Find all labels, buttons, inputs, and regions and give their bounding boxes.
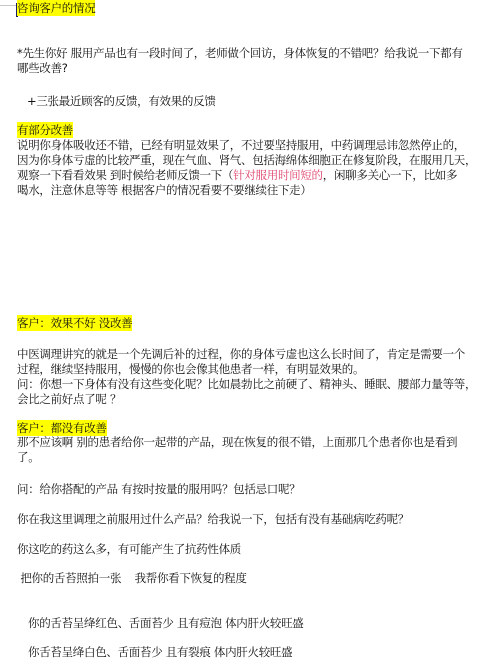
section-none-line-1: 那不应该啊 别的患者给你一起带的产品，现在恢复的很不错，上面那几个患者你也是看到 bbox=[17, 437, 457, 449]
title-highlight: 咨询客户的情况 bbox=[17, 0, 95, 16]
question-1: 问：给你搭配的产品 有按时按量的服用吗？包括忌口呢？ bbox=[17, 484, 300, 496]
section-poor-line-3: 问：你想一下身体有没有这些变化呢？比如晨勃比之前硬了、精神头、睡眠、腰部力量等等… bbox=[17, 379, 476, 391]
question-2: 你在我这里调理之前服用过什么产品？给我说一下，包括有没有基础病吃药呢？ bbox=[17, 514, 409, 526]
section-partial-line-3: 观察一下看看效果 到时候给老师反馈一下（针对服用时间短的，闲聊多关心一下，比如多 bbox=[17, 170, 457, 182]
section-partial-heading: 有部分改善 bbox=[17, 125, 73, 137]
heading-highlight: 客户：都没有改善 bbox=[17, 420, 107, 436]
ruler-mark bbox=[0, 5, 16, 6]
section-partial-line-1: 说明你身体吸收还不错，已经有明显效果了，不过要坚持服用，中药调理忌讳忽然停止的， bbox=[17, 140, 465, 152]
section-none-line-2: 了。 bbox=[17, 452, 39, 464]
note-1: 你这吃的药这么多，有可能产生了抗药性体质 bbox=[17, 544, 241, 556]
document-title: 咨询客户的情况 bbox=[17, 3, 95, 15]
intro-line-1: *先生你好 服用产品也有一段时间了，老师做个回访，身体恢复的不错吧？给我说一下都… bbox=[17, 48, 463, 60]
heading-highlight: 有部分改善 bbox=[17, 122, 73, 138]
heading-highlight: 客户：效果不好 没改善 bbox=[17, 315, 132, 331]
section-partial-line-4: 喝水，注意休息等等 根据客户的情况看要不要继续往下走） bbox=[17, 185, 312, 197]
section-poor-heading: 客户：效果不好 没改善 bbox=[17, 318, 132, 330]
section-poor-line-4: 会比之前好点了呢 ？ bbox=[17, 394, 121, 406]
red-emphasis-text: 针对服用时间短的 bbox=[233, 168, 323, 182]
tongue-description-2: 你舌苔呈绛白色、舌面苔少 且有裂痕 体内肝火较旺盛 bbox=[28, 647, 292, 659]
intro-line-2: 哪些改善? bbox=[17, 63, 68, 75]
document-page: 咨询客户的情况 *先生你好 服用产品也有一段时间了，老师做个回访，身体恢复的不错… bbox=[0, 0, 500, 670]
feedback-note: +三张最近顾客的反馈，有效果的反馈 bbox=[27, 96, 216, 108]
line-3-start: 观察一下看看效果 到时候给老师反馈一下（ bbox=[17, 168, 233, 182]
section-poor-line-1: 中医调理讲究的就是一个先调后补的过程，你的身体亏虚也这么长时间了，肯定是需要一个 bbox=[17, 349, 465, 361]
line-3-end: ，闲聊多关心一下，比如多 bbox=[323, 168, 457, 182]
section-none-heading: 客户：都没有改善 bbox=[17, 423, 107, 435]
section-partial-line-2: 因为你身体亏虚的比较严重，现在气血、肾气、包括海绵体细胞正在修复阶段，在服用几天… bbox=[17, 155, 476, 167]
section-poor-line-2: 过程，继续坚持服用，慢慢的你也会像其他患者一样，有明显效果的。 bbox=[17, 364, 364, 376]
tongue-description-1: 你的舌苔呈绛红色、舌面苔少 且有痘泡 体内肝火较旺盛 bbox=[28, 618, 304, 630]
note-2: 把你的舌苔照拍一张 我帮你看下恢复的程度 bbox=[17, 573, 247, 585]
